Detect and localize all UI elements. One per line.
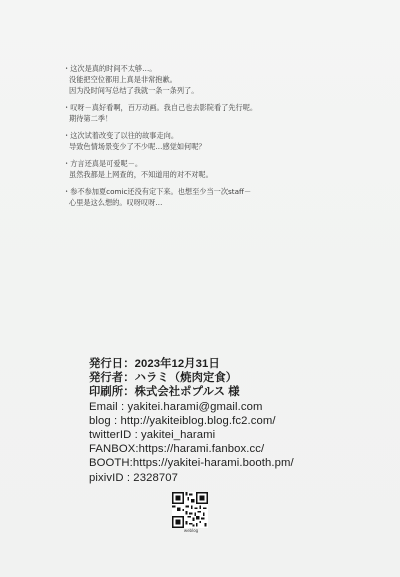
afterword-paragraph: ・叹呀－真好看啊，百万动画。我自己也去影院看了先行呢。 期待第二季！ [63,102,363,124]
issue-date: 発行日：2023年12月31日 [89,357,294,371]
afterword-line: 因为没时间写总结了我就一条一条列了。 [63,85,363,96]
afterword-line: 虽然我都是上网查的，不知道用的对不对呢。 [63,169,363,180]
afterword-paragraph: ・方言还真是可爱呢－。 虽然我都是上网查的，不知道用的对不对呢。 [63,158,363,180]
book-back-page: ・这次是真的时间不太够…。 没能把空位都用上真是非常抱歉。 因为没时间写总结了我… [0,0,400,577]
booth-link: BOOTH:https://yakitei-harami.booth.pm/ [89,456,294,470]
publisher: 発行者：ハラミ（焼肉定食） [89,371,294,385]
afterword-line: ・方言还真是可爱呢－。 [63,158,363,169]
afterword-line: ・参不参加夏comic还没有定下来。也想至少当一次staff－ [63,186,363,197]
afterword-notes: ・这次是真的时间不太够…。 没能把空位都用上真是非常抱歉。 因为没时间写总结了我… [63,63,363,214]
pixiv-id: pixivID : 2328707 [89,471,294,485]
twitter-id: twitterID : yakitei_harami [89,428,294,442]
fanbox-link: FANBOX:https://harami.fanbox.cc/ [89,442,294,456]
afterword-paragraph: ・这次是真的时间不太够…。 没能把空位都用上真是非常抱歉。 因为没时间写总结了我… [63,63,363,96]
printer: 印刷所：株式会社ポプルス 様 [89,385,294,399]
afterword-line: ・这次是真的时间不太够…。 [63,63,363,74]
afterword-line: 心里是这么想的。叹呀叹呀… [63,197,363,208]
afterword-line: ・这次试着改变了以往的故事走向。 [63,130,363,141]
blog-link: blog : http://yakiteiblog.blog.fc2.com/ [89,414,294,428]
colophon: 発行日：2023年12月31日 発行者：ハラミ（焼肉定食） 印刷所：株式会社ポプ… [89,357,294,485]
qr-code-icon [172,492,208,528]
afterword-line: 没能把空位都用上真是非常抱歉。 [63,74,363,85]
email-contact: Email : yakitei.harami@gmail.com [89,400,294,414]
afterword-line: ・叹呀－真好看啊，百万动画。我自己也去影院看了先行呢。 [63,102,363,113]
qr-caption: weblog [176,528,206,533]
afterword-line: 期待第二季！ [63,113,363,124]
afterword-paragraph: ・这次试着改变了以往的故事走向。 导致色情场景变少了不少呢…感觉如何呢？ [63,130,363,152]
afterword-line: 导致色情场景变少了不少呢…感觉如何呢？ [63,141,363,152]
afterword-paragraph: ・参不参加夏comic还没有定下来。也想至少当一次staff－ 心里是这么想的。… [63,186,363,208]
